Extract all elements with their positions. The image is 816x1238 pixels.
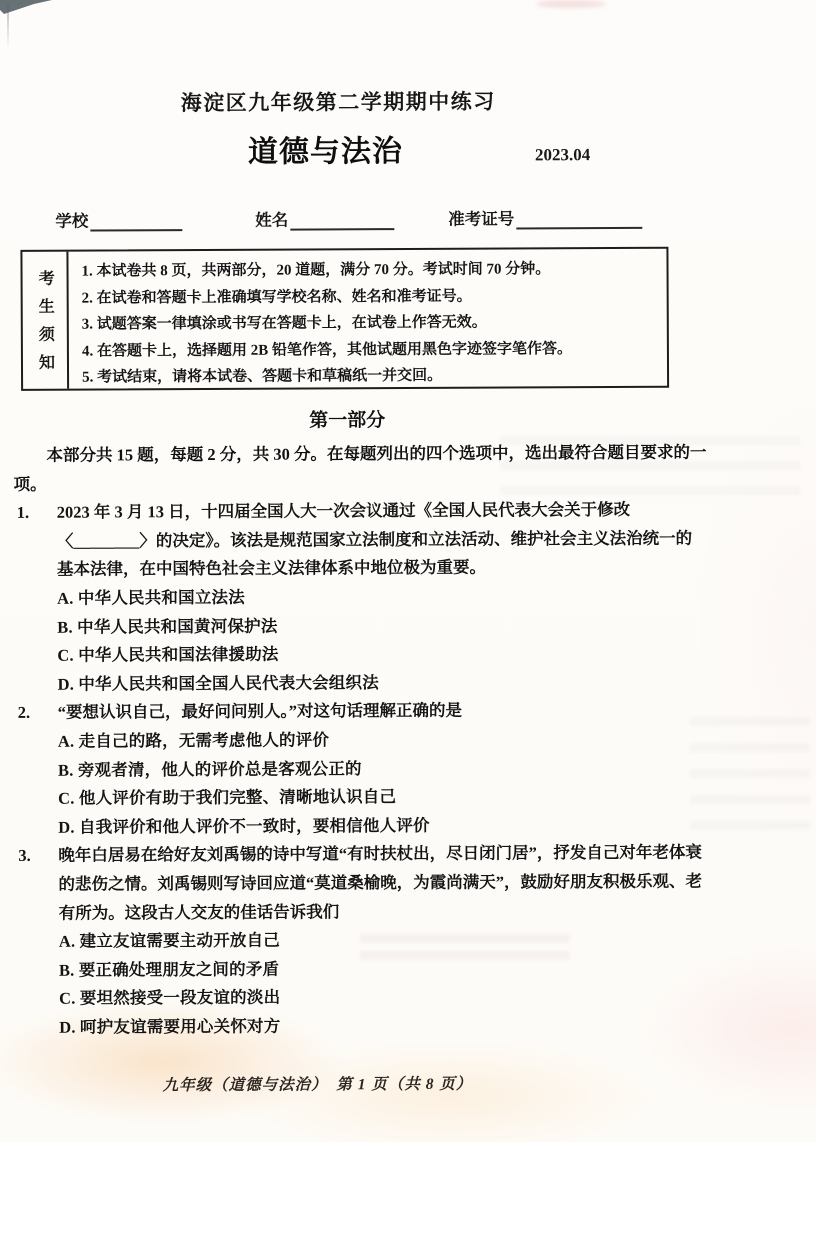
field-school: 学校 (55, 207, 182, 232)
notice-item: 1. 本试卷共 8 页，共两部分，20 道题，满分 70 分。考试时间 70 分… (81, 256, 660, 285)
notice-item: 2. 在试卷和答题卡上准确填写学校名称、姓名和准考证号。 (82, 282, 661, 311)
exam-date: 2023.04 (535, 145, 590, 165)
notice-item: 3. 试题答案一律填涂或书写在答题卡上，在试卷上作答无效。 (82, 309, 661, 338)
notice-items: 1. 本试卷共 8 页，共两部分，20 道题，满分 70 分。考试时间 70 分… (68, 249, 667, 389)
exam-page: 海淀区九年级第二学期期中练习 道德与法治 2023.04 学校 姓名 准考证号 … (0, 0, 816, 1144)
admission-number-blank-underline (516, 209, 642, 230)
field-admission-number: 准考证号 (448, 205, 642, 230)
admission-number-label: 准考证号 (448, 205, 514, 229)
examinee-notice-box: 考生须知 1. 本试卷共 8 页，共两部分，20 道题，满分 70 分。考试时间… (20, 247, 669, 391)
notice-item: 4. 在答题卡上，选择题用 2B 铅笔作答，其他试题用黑色字迹签字笔作答。 (82, 335, 661, 364)
option-row: C. 要坦然接受一段友谊的淡出 (16, 982, 710, 1014)
question-number: 2. (18, 699, 31, 728)
school-blank-underline (90, 211, 182, 231)
option-row: D. 自我评价和他人评价不一致时，要相信他人评价 (15, 810, 709, 842)
scanner-background (0, 1142, 816, 1238)
page-footer: 九年级（道德与法治） 第 1 页（共 8 页） (7, 1071, 627, 1096)
notice-side-label: 考生须知 (33, 259, 57, 381)
question-2: 2. “要想认识自己，最好问问别人。”对这句话理解正确的是 (15, 696, 709, 728)
section-intro: 本部分共 15 题，每题 2 分，共 30 分。在每题列出的四个选项中，选出最符… (13, 439, 707, 500)
option-row: B. 要正确处理朋友之间的矛盾 (16, 953, 710, 985)
scan-smudge-artifact (536, 0, 606, 8)
notice-side-cell: 考生须知 (22, 252, 69, 389)
question-stem: 2023 年 3 月 13 日，十四届全国人大一次会议通过《全国人民代表大会关于… (57, 500, 692, 579)
option-row: A. 中华人民共和国立法法 (14, 582, 708, 614)
question-stem: “要想认识自己，最好问问别人。”对这句话理解正确的是 (58, 701, 462, 722)
option-row: A. 走自己的路，无需考虑他人的评价 (15, 724, 709, 756)
page: { "header": { "exam_title": "海淀区九年级第二学期期… (0, 0, 816, 1238)
field-name: 姓名 (255, 206, 394, 231)
scan-edge-artifact (7, 4, 9, 50)
option-row: B. 中华人民共和国黄河保护法 (14, 610, 708, 642)
question-section: 第一部分 本部分共 15 题，每题 2 分，共 30 分。在每题列出的四个选项中… (13, 405, 710, 1043)
name-label: 姓名 (255, 207, 288, 231)
section-title: 第一部分 (13, 405, 707, 438)
notice-item: 5. 考试结束，请将本试卷、答题卡和草稿纸一并交回。 (82, 362, 661, 391)
exam-title: 海淀区九年级第二学期期中练习 (181, 86, 496, 118)
option-row: C. 他人评价有助于我们完整、清晰地认识自己 (15, 782, 709, 814)
student-info-row: 学校 姓名 准考证号 (0, 205, 698, 236)
question-3: 3. 晚年白居易在给好友刘禹锡的诗中写道“有时扶杖出，尽日闭门居”，抒发自己对年… (15, 839, 709, 928)
question-number: 1. (17, 499, 30, 528)
question-stem: 晚年白居易在给好友刘禹锡的诗中写道“有时扶杖出，尽日闭门居”，抒发自己对年老体衰… (58, 843, 702, 922)
option-row: A. 建立友谊需要主动开放自己 (16, 925, 710, 957)
question-number: 3. (18, 842, 31, 871)
option-row: B. 旁观者清，他人的评价总是客观公正的 (15, 753, 709, 785)
subject-title: 道德与法治 (248, 126, 403, 171)
option-row: C. 中华人民共和国法律援助法 (14, 639, 708, 671)
question-1: 1. 2023 年 3 月 13 日，十四届全国人大一次会议通过《全国人民代表大… (14, 496, 708, 585)
school-label: 学校 (55, 208, 88, 232)
name-blank-underline (290, 210, 394, 231)
option-row: D. 中华人民共和国全国人民代表大会组织法 (14, 667, 708, 699)
option-row: D. 呵护友谊需要用心关怀对方 (16, 1010, 710, 1042)
